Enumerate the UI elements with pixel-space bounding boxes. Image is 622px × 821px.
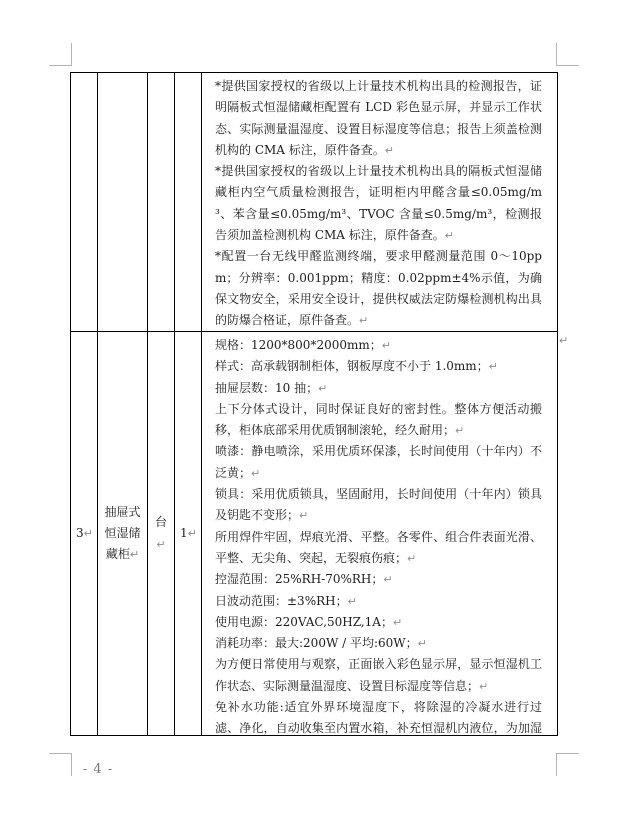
paragraph-text: 锁具：采用优质锁具，坚固耐用，长时间使用（十年内）锁具及钥匙不变形；	[215, 487, 542, 522]
paragraph-text: 控湿范围：25%RH-70%RH；	[215, 572, 383, 586]
text-boundary-mark-bottom-right	[556, 753, 579, 776]
cell-qty: 1↵	[175, 332, 202, 736]
paragraph-text: 日波动范围：±3%RH；	[215, 594, 348, 608]
paragraph-mark-icon: ↵	[156, 538, 165, 551]
paragraph-text: 抽屉层数：10 抽；	[215, 381, 318, 395]
paragraph-mark-icon: ↵	[348, 595, 357, 608]
paragraph-text: *提供国家授权的省级以上计量技术机构出具的隔板式恒湿储藏柜内空气质量检测报告，证…	[215, 164, 542, 242]
spec-paragraph: 规格：1200*800*2000mm；↵	[215, 335, 542, 356]
spec-paragraph: 所用焊件牢固，焊痕光滑、平整。各零件、组合件表面光滑、平整、无尖角、突起，无裂痕…	[215, 527, 542, 570]
spec-paragraph: 样式：高承载钢制柜体，钢板厚度不小于 1.0mm；↵	[215, 356, 542, 377]
spec-paragraph: 消耗功率：最大:200W / 平均:60W；↵	[215, 633, 542, 654]
spec-paragraph: *提供国家授权的省级以上计量技术机构出具的隔板式恒湿储藏柜内空气质量检测报告，证…	[215, 161, 542, 246]
paragraph-text: 所用焊件牢固，焊痕光滑、平整。各零件、组合件表面光滑、平整、无尖角、突起，无裂痕…	[215, 530, 542, 565]
paragraph-text: 免补水功能:适宜外界环境湿度下，将除湿的冷凝水进行过滤、净化，自动收集至内置水箱…	[215, 700, 542, 735]
table-row-item-3: 3↵ 抽屉式恒湿储藏柜↵ 台↵ 1↵ 规格：1200*800*2000mm；↵ …	[71, 332, 558, 736]
paragraph-mark-icon: ↵	[299, 509, 308, 522]
cell-seq: 3↵	[71, 332, 98, 736]
paragraph-mark-icon: ↵	[407, 552, 416, 565]
paragraph-text: 使用电源：220VAC,50HZ,1A；	[215, 615, 393, 629]
paragraph-mark-icon: ↵	[445, 229, 454, 242]
spec-paragraph: *提供国家授权的省级以上计量技术机构出具的检测报告，证明隔板式恒湿储藏柜配置有 …	[215, 76, 542, 161]
spec-paragraph: 控湿范围：25%RH-70%RH；↵	[215, 569, 542, 590]
paragraph-text: *提供国家授权的省级以上计量技术机构出具的检测报告，证明隔板式恒湿储藏柜配置有 …	[215, 79, 542, 157]
table-row-continuation: *提供国家授权的省级以上计量技术机构出具的检测报告，证明隔板式恒湿储藏柜配置有 …	[71, 73, 558, 332]
specs-text-block: *提供国家授权的省级以上计量技术机构出具的检测报告，证明隔板式恒湿储藏柜配置有 …	[215, 76, 542, 330]
paragraph-text: 样式：高承载钢制柜体，钢板厚度不小于 1.0mm；	[215, 359, 489, 373]
paragraph-mark-icon: ↵	[393, 616, 402, 629]
cell-specs-continuation: *提供国家授权的省级以上计量技术机构出具的检测报告，证明隔板式恒湿储藏柜配置有 …	[202, 73, 558, 332]
paragraph-mark-icon: ↵	[188, 527, 197, 540]
paragraph-mark-icon: ↵	[130, 548, 139, 561]
cell-name-empty	[98, 73, 148, 332]
paragraph-mark-icon: ↵	[479, 680, 488, 693]
spec-paragraph: 为方便日常使用与观察，正面嵌入彩色显示屏，显示恒湿机工作状态、实际测量温湿度、设…	[215, 654, 542, 697]
paragraph-text: 规格：1200*800*2000mm；	[215, 338, 382, 352]
cell-item-name: 抽屉式恒湿储藏柜↵	[98, 332, 148, 736]
paragraph-mark-icon: ↵	[84, 527, 93, 540]
paragraph-mark-icon: ↵	[383, 573, 392, 586]
cell-specs-item: 规格：1200*800*2000mm；↵ 样式：高承载钢制柜体，钢板厚度不小于 …	[202, 332, 558, 736]
text-boundary-mark-top-right	[556, 43, 579, 66]
paragraph-text: 上下分体式设计，同时保证良好的密封性。整体方便活动搬移，柜体底部采用优质钢制滚轮…	[215, 402, 542, 437]
spec-paragraph: 喷漆：静电喷涂，采用优质环保漆，长时间使用（十年内）不泛黄；↵	[215, 441, 542, 484]
page-number: - 4 -	[62, 762, 134, 777]
spec-paragraph: 日波动范围：±3%RH；↵	[215, 591, 542, 612]
paragraph-text: 喷漆：静电喷涂，采用优质环保漆，长时间使用（十年内）不泛黄；	[215, 444, 542, 479]
document-page: *提供国家授权的省级以上计量技术机构出具的检测报告，证明隔板式恒湿储藏柜配置有 …	[0, 0, 622, 821]
text-boundary-mark-top-left	[49, 43, 72, 66]
cell-qty-empty	[175, 73, 202, 332]
paragraph-text: 为方便日常使用与观察，正面嵌入彩色显示屏，显示恒湿机工作状态、实际测量温湿度、设…	[215, 657, 542, 692]
paragraph-mark-icon: ↵	[382, 339, 391, 352]
paragraph-mark-icon: ↵	[418, 637, 427, 650]
paragraph-mark-icon: ↵	[251, 467, 260, 480]
seq-number: 3	[76, 526, 84, 540]
spec-paragraph: 抽屉层数：10 抽；↵	[215, 378, 542, 399]
unit: 台	[155, 515, 167, 529]
paragraph-mark-icon: ↵	[359, 314, 368, 327]
paragraph-mark-icon: ↵	[455, 424, 464, 437]
spec-paragraph: 上下分体式设计，同时保证良好的密封性。整体方便活动搬移，柜体底部采用优质钢制滚轮…	[215, 399, 542, 442]
spec-paragraph: 锁具：采用优质锁具，坚固耐用，长时间使用（十年内）锁具及钥匙不变形；↵	[215, 484, 542, 527]
spec-paragraph: 使用电源：220VAC,50HZ,1A；↵	[215, 612, 542, 633]
quantity: 1	[180, 526, 188, 540]
cell-unit-empty	[148, 73, 175, 332]
paragraph-text: *配置一台无线甲醛监测终端，要求甲醛测量范围 0～10ppm；分辨率：0.001…	[215, 249, 542, 327]
spec-paragraph: *配置一台无线甲醛监测终端，要求甲醛测量范围 0～10ppm；分辨率：0.001…	[215, 246, 542, 330]
cell-seq-empty	[71, 73, 98, 332]
cell-unit: 台↵	[148, 332, 175, 736]
paragraph-mark-icon: ↵	[489, 360, 498, 373]
specs-text-block: 规格：1200*800*2000mm；↵ 样式：高承载钢制柜体，钢板厚度不小于 …	[215, 335, 542, 735]
spec-table: *提供国家授权的省级以上计量技术机构出具的检测报告，证明隔板式恒湿储藏柜配置有 …	[70, 72, 558, 736]
paragraph-mark-icon: ↵	[318, 382, 327, 395]
paragraph-text: 消耗功率：最大:200W / 平均:60W；	[215, 636, 418, 650]
spec-paragraph: 免补水功能:适宜外界环境湿度下，将除湿的冷凝水进行过滤、净化，自动收集至内置水箱…	[215, 697, 542, 735]
end-of-row-mark-icon: ↵	[559, 334, 568, 347]
paragraph-mark-icon: ↵	[385, 144, 394, 157]
